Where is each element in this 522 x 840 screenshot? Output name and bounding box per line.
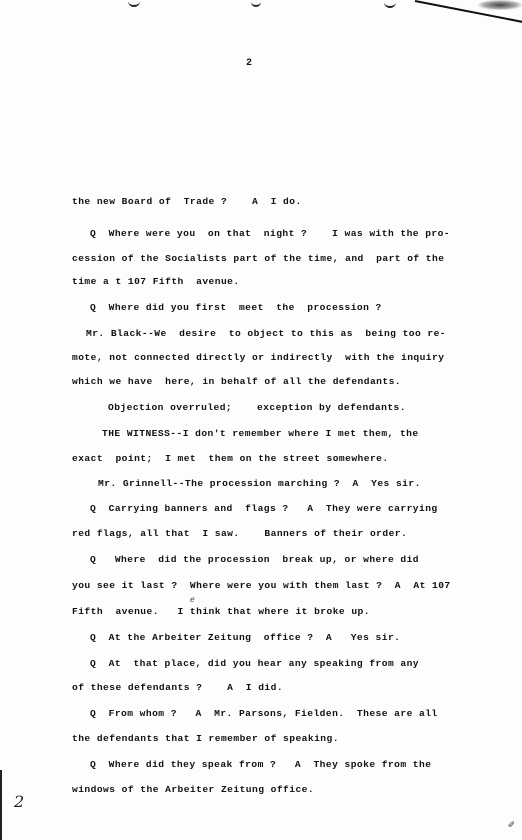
- binding-mark-1: [128, 0, 140, 7]
- transcript-line: Q Carrying banners and flags ? A They we…: [90, 503, 438, 515]
- transcript-line: Mr. Grinnell--The procession marching ? …: [98, 478, 421, 490]
- transcript-line: which we have here, in behalf of all the…: [72, 376, 401, 388]
- binding-mark-3: [384, 1, 396, 8]
- binding-mark-2: [251, 2, 261, 7]
- transcript-line: Q Where did you first meet the processio…: [90, 302, 382, 314]
- transcript-line: Q Where were you on that night ? I was w…: [90, 228, 450, 240]
- page-number: 2: [246, 58, 252, 69]
- corner-pencil-mark: ✐: [508, 818, 515, 832]
- transcript-line: Q At that place, did you hear any speaki…: [90, 658, 419, 670]
- handwritten-insertion: e: [190, 595, 195, 604]
- margin-page-number: 2: [14, 792, 24, 811]
- transcript-line: you see it last ? Where were you with th…: [72, 580, 451, 592]
- transcript-line: the new Board of Trade ? A I do.: [72, 196, 302, 208]
- transcript-line: Q Where did the procession break up, or …: [90, 554, 419, 566]
- transcript-line: Fifth avenue. I think that where it brok…: [72, 606, 370, 618]
- transcript-line: Q At the Arbeiter Zeitung office ? A Yes…: [90, 632, 400, 644]
- transcript-line: time a t 107 Fifth avenue.: [72, 276, 240, 288]
- transcript-line: red flags, all that I saw. Banners of th…: [72, 528, 407, 540]
- transcript-line: exact point; I met them on the street so…: [72, 453, 389, 465]
- transcript-line: mote, not connected directly or indirect…: [72, 352, 444, 364]
- transcript-line: Objection overruled; exception by defend…: [108, 402, 406, 414]
- transcript-line: Q From whom ? A Mr. Parsons, Fielden. Th…: [90, 708, 438, 720]
- transcript-line: the defendants that I remember of speaki…: [72, 733, 339, 745]
- document-page: 2 the new Board of Trade ? A I do.Q Wher…: [0, 0, 522, 840]
- transcript-line: windows of the Arbeiter Zeitung office.: [72, 784, 314, 796]
- transcript-line: cession of the Socialists part of the ti…: [72, 253, 444, 265]
- transcript-line: of these defendants ? A I did.: [72, 682, 283, 694]
- ink-smudge: [478, 0, 522, 10]
- page-edge-shadow: [0, 770, 2, 840]
- transcript-line: Mr. Black--We desire to object to this a…: [86, 328, 446, 340]
- transcript-line: THE WITNESS--I don't remember where I me…: [102, 428, 419, 440]
- transcript-line: Q Where did they speak from ? A They spo…: [90, 759, 431, 771]
